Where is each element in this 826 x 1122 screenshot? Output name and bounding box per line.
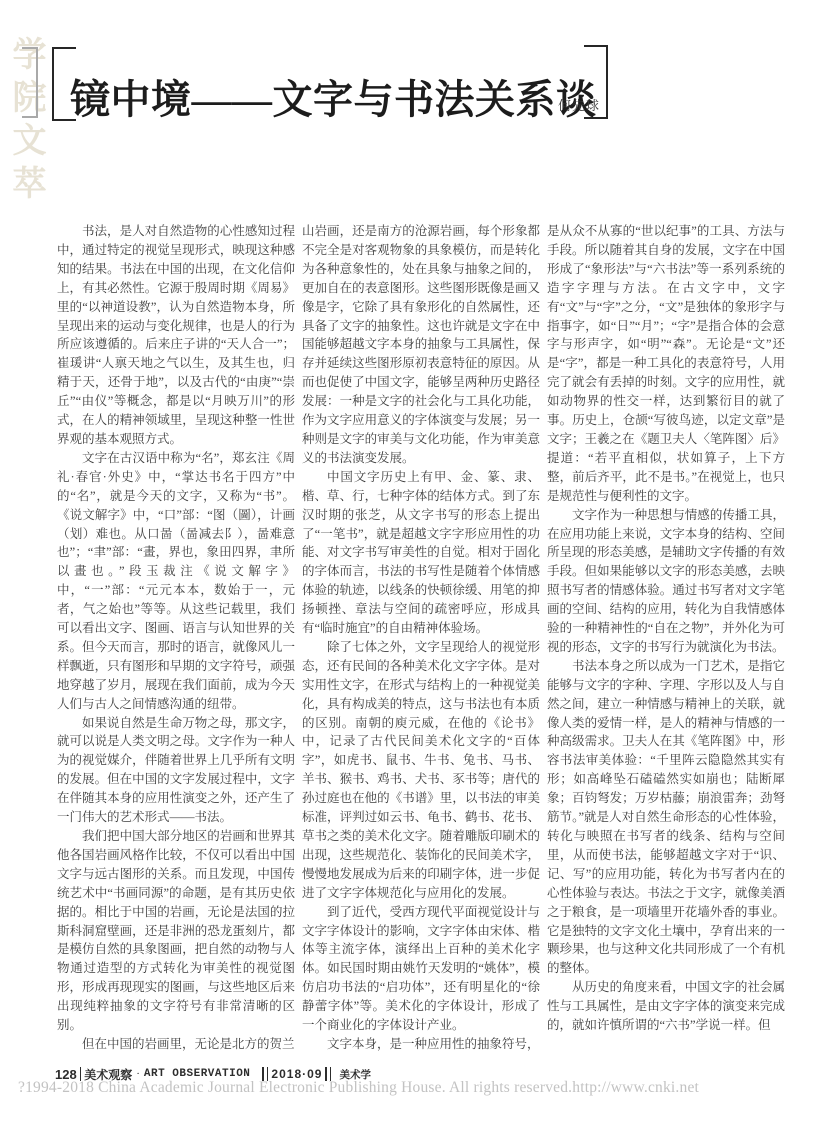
bracket-sidebar-icon — [22, 47, 38, 118]
paragraph: 文字作为一种思想与情感的传播工具，在应用功能上来说，文字本身的结构、空间所呈现的… — [547, 506, 785, 657]
paragraph: 中国文字历史上有甲、金、篆、隶、楷、草、行，七种字体的结体方式。到了东汉时期的张… — [302, 468, 540, 638]
paragraph: 从历史的角度来看，中国文字的社会属性与工具属性，是由文字字体的演变来完成的，就如… — [547, 978, 785, 1035]
paragraph: 我们把中国大部分地区的岩画和世界其他各国岩画风格作比较，不仅可以看出中国文字与远… — [57, 827, 295, 1035]
paragraph: 山岩画，还是南方的沧源岩画，每个形象都不完全是对客观物象的具象模仿，而是转化为各… — [302, 222, 540, 468]
paragraph: 文字在古汉语中称为“名”，郑玄注《周礼·春官·外史》中，“掌达书名于四方”中的“… — [57, 449, 295, 714]
text-column-3: 是从众不从寡的“世以纪事”的工具、方法与手段。所以随着其自身的发展，文字在中国形… — [547, 222, 785, 1054]
paragraph: 书法本身之所以成为一门艺术，是指它能够与文字的字种、字理、字形以及人与自然之间，… — [547, 657, 785, 978]
author-name: 何先球 — [500, 95, 600, 114]
paragraph: 除了七体之外，文字呈现给人的视觉形态，还有民间的各种美术化文字字体。是对实用性文… — [302, 638, 540, 903]
paragraph: 是从众不从寡的“世以纪事”的工具、方法与手段。所以随着其自身的发展，文字在中国形… — [547, 222, 785, 506]
paragraph: 书法，是人对自然造物的心性感知过程中，通过特定的视觉呈现形式，映现这种感知的结果… — [57, 222, 295, 449]
paragraph: 但在中国的岩画里，无论是北方的贺兰 — [57, 1035, 295, 1054]
watermark-url: http://www.cnki.net — [572, 1079, 699, 1097]
watermark: ?1994-2018 China Academic Journal Electr… — [18, 1079, 690, 1097]
paragraph: 文字本身，是一种应用性的抽象符号， — [302, 1035, 540, 1054]
watermark-text: ?1994-2018 China Academic Journal Electr… — [18, 1079, 572, 1097]
text-column-2: 山岩画，还是南方的沧源岩画，每个形象都不完全是对客观物象的具象模仿，而是转化为各… — [302, 222, 540, 1054]
paragraph: 到了近代，受西方现代平面视觉设计与文字字体设计的影响，文字字体由宋体、楷体等主流… — [302, 903, 540, 1035]
article-body: 书法，是人对自然造物的心性感知过程中，通过特定的视觉呈现形式，映现这种感知的结果… — [57, 222, 785, 1054]
paragraph: 如果说自然是生命万物之母，那文字，就可以说是人类文明之母。文字作为一种人为的视觉… — [57, 714, 295, 827]
text-column-1: 书法，是人对自然造物的心性感知过程中，通过特定的视觉呈现形式，映现这种感知的结果… — [57, 222, 295, 1054]
